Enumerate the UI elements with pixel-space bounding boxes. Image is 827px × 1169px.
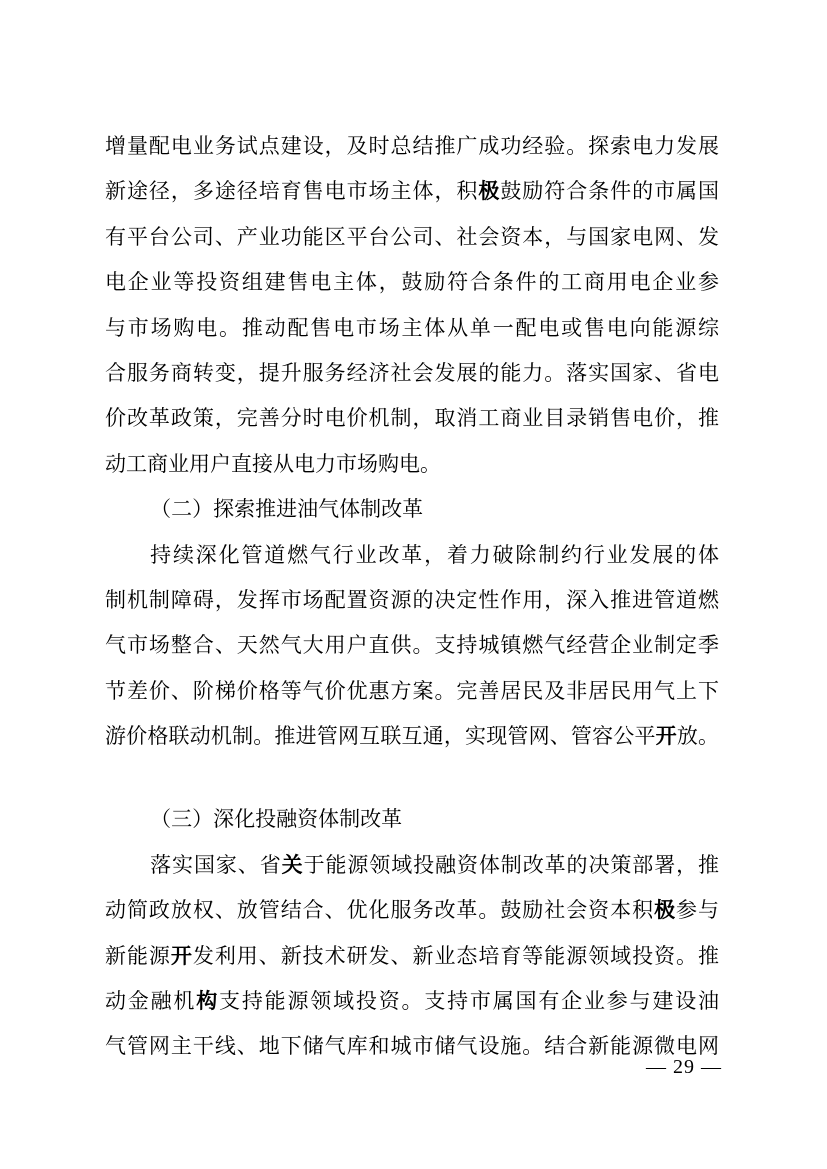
text-line: 合服务商转变，提升服务经济社会发展的能力。落实国家、省电 [105,351,719,396]
text-segment: 放。 [677,724,719,748]
text-line: 动工商业用户直接从电力市场购电。 [105,442,719,487]
text-segment: 新能源 [105,944,171,968]
text-line: 持续深化管道燃气行业改革，着力破除制约行业发展的体 [105,533,719,578]
text-segment: 价改革政策，完善分时电价机制，取消工商业目录销售电价，推 [105,406,719,430]
text-line: 有平台公司、产业功能区平台公司、社会资本，与国家电网、发 [105,215,719,260]
page-number: — 29 — [646,1055,722,1079]
text-line: 价改革政策，完善分时电价机制，取消工商业目录销售电价，推 [105,396,719,441]
text-segment: 游价格联动机制。推进管网互联互通，实现管网、管容公平 [105,724,656,748]
text-segment: （二）探索推进油气体制改革 [150,497,423,521]
bold-text-segment: 构 [196,989,219,1013]
text-segment: （三）深化投融资体制改革 [150,807,402,831]
text-segment: 气管网主干线、地下储气库和城市储气设施。结合新能源微电网 [105,1034,719,1058]
text-line: 新能源开发利用、新技术研发、新业态培育等能源领域投资。推 [105,934,719,979]
text-segment: 电企业等投资组建售电主体，鼓励符合条件的工商用电企业参 [105,270,719,294]
bold-text-segment: 极 [654,898,676,922]
text-line: 动金融机构支持能源领域投资。支持市属国有企业参与建设油 [105,979,719,1024]
bold-text-segment: 开 [656,724,677,748]
text-segment: 节差价、阶梯价格等气价优惠方案。完善居民及非居民用气上下 [105,679,719,703]
document-body: 增量配电业务试点建设，及时总结推广成功经验。探索电力发展新途径，多途径培育售电市… [105,124,719,1070]
section-heading: （三）深化投融资体制改革 [105,797,719,842]
text-line: 落实国家、省关于能源领域投融资体制改革的决策部署，推 [105,843,719,888]
text-segment: 合服务商转变，提升服务经济社会发展的能力。落实国家、省电 [105,361,719,385]
text-segment: 参与 [676,898,719,922]
text-line: 与市场购电。推动配售电市场主体从单一配电或售电向能源综 [105,306,719,351]
text-segment: 有平台公司、产业功能区平台公司、社会资本，与国家电网、发 [105,225,719,249]
text-segment: 动简政放权、放管结合、优化服务改革。鼓励社会资本积 [105,898,654,922]
text-line: 气市场整合、天然气大用户直供。支持城镇燃气经营企业制定季 [105,623,719,668]
text-segment: 持续深化管道燃气行业改革，着力破除制约行业发展的体 [150,543,719,567]
text-segment: 支持能源领域投资。支持市属国有企业参与建设油 [219,989,719,1013]
text-segment: 鼓励符合条件的市属国 [500,179,719,203]
text-line: 气管网主干线、地下储气库和城市储气设施。结合新能源微电网 [105,1024,719,1069]
text-line: 新途径，多途径培育售电市场主体，积极鼓励符合条件的市属国 [105,169,719,214]
paragraph-spacer [105,759,719,797]
bold-text-segment: 关 [282,853,304,877]
text-segment: 动工商业用户直接从电力市场购电。 [105,452,441,476]
text-segment: 气市场整合、天然气大用户直供。支持城镇燃气经营企业制定季 [105,633,719,657]
text-segment: 新途径，多途径培育售电市场主体，积 [105,179,478,203]
text-line: 动简政放权、放管结合、优化服务改革。鼓励社会资本积极参与 [105,888,719,933]
text-segment: 于能源领域投融资体制改革的决策部署，推 [304,853,719,877]
text-segment: 制机制障碍，发挥市场配置资源的决定性作用，深入推进管道燃 [105,588,719,612]
text-line: 增量配电业务试点建设，及时总结推广成功经验。探索电力发展 [105,124,719,169]
text-segment: 与市场购电。推动配售电市场主体从单一配电或售电向能源综 [105,316,719,340]
text-segment: 增量配电业务试点建设，及时总结推广成功经验。探索电力发展 [105,134,719,158]
text-line: 游价格联动机制。推进管网互联互通，实现管网、管容公平开放。 [105,714,719,759]
section-heading: （二）探索推进油气体制改革 [105,487,719,532]
text-line: 电企业等投资组建售电主体，鼓励符合条件的工商用电企业参 [105,260,719,305]
bold-text-segment: 开 [171,944,193,968]
document-page: 增量配电业务试点建设，及时总结推广成功经验。探索电力发展新途径，多途径培育售电市… [0,0,827,1169]
text-segment: 动金融机 [105,989,196,1013]
page-number-label: — 29 — [646,1056,722,1078]
text-segment: 落实国家、省 [150,853,282,877]
text-line: 节差价、阶梯价格等气价优惠方案。完善居民及非居民用气上下 [105,669,719,714]
text-segment: 发利用、新技术研发、新业态培育等能源领域投资。推 [193,944,719,968]
bold-text-segment: 极 [478,179,500,203]
text-line: 制机制障碍，发挥市场配置资源的决定性作用，深入推进管道燃 [105,578,719,623]
